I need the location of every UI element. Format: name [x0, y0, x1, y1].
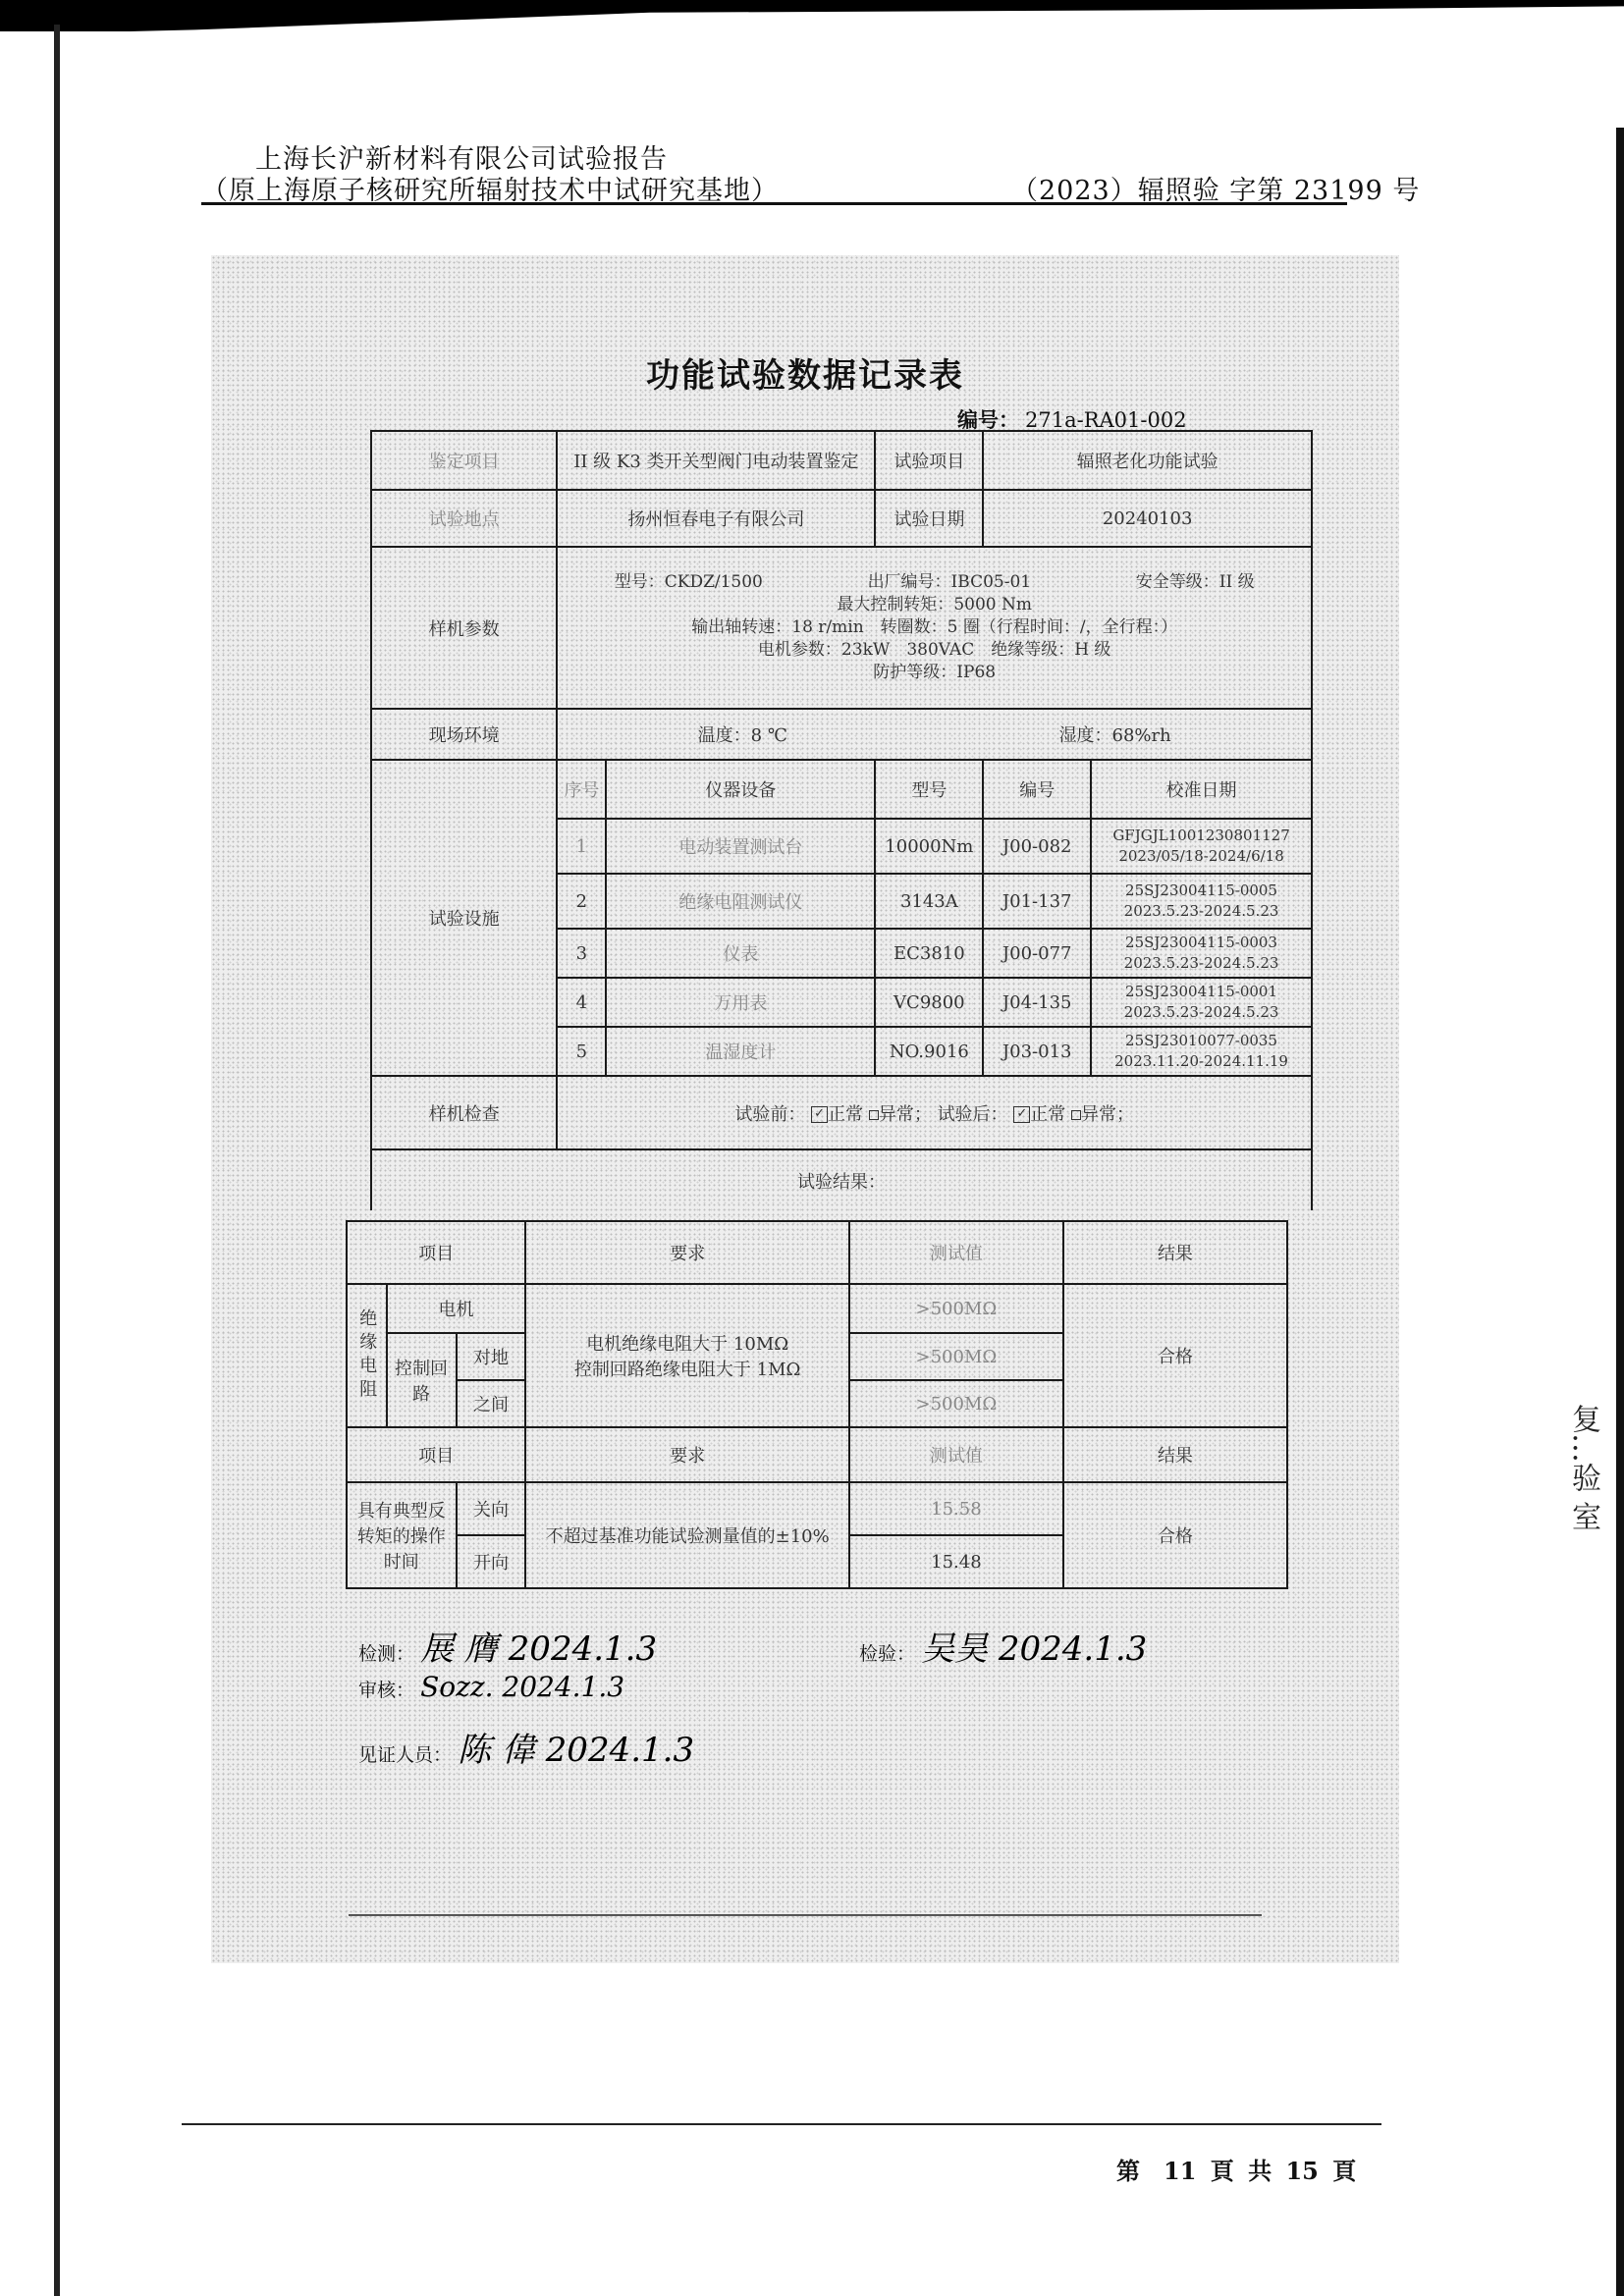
- timing-value-close: 15.58: [849, 1482, 1063, 1535]
- equip-cal: 25SJ23010077-00352023.11.20-2024.11.19: [1091, 1027, 1312, 1076]
- param-max-torque: 最大控制转矩：5000 Nm: [562, 594, 1307, 616]
- before-abnormal-label: 异常；: [879, 1104, 932, 1125]
- witness-handwriting: 陈 偉 2024.1.3: [458, 1731, 694, 1770]
- equip-name: 绝缘电阻测试仪: [606, 874, 875, 929]
- page-number: 第 11 頁 共 15 頁: [1116, 2152, 1356, 2186]
- header-divider: [201, 202, 1347, 205]
- insulation-value-ground: >500MΩ: [849, 1333, 1063, 1380]
- cal-cert: 25SJ23004115-0005: [1096, 881, 1307, 901]
- reviewer-signature: 审核： Sozz. 2024.1.3: [358, 1671, 624, 1703]
- test-info-table: 鉴定项目 II 级 K3 类开关型阀门电动装置鉴定 试验项目 辐照老化功能试验 …: [370, 430, 1313, 1210]
- param-serial: 出厂编号：IBC05-01: [868, 571, 1032, 594]
- equip-no: 3: [557, 929, 606, 978]
- equip-id: J03-013: [983, 1027, 1091, 1076]
- param-motor: 电机参数：23kW 380VAC 绝缘等级：H 级: [562, 639, 1307, 662]
- test-item-label: 试验项目: [875, 431, 983, 490]
- equip-model: VC9800: [875, 978, 983, 1027]
- req-line-1: 电机绝缘电阻大于 10MΩ: [530, 1330, 843, 1356]
- equip-no: 5: [557, 1027, 606, 1076]
- equip-name: 温湿度计: [606, 1027, 875, 1076]
- checkbox-after-normal[interactable]: ✓: [1013, 1106, 1030, 1123]
- equip-header-model: 型号: [875, 760, 983, 819]
- res2-header-req: 要求: [525, 1427, 848, 1482]
- equip-cal: 25SJ23004115-00012023.5.23-2024.5.23: [1091, 978, 1312, 1027]
- reviewer-label: 审核：: [358, 1680, 414, 1701]
- inspect-before-label: 试验前：: [734, 1104, 805, 1125]
- equip-header-no: 序号: [557, 760, 606, 819]
- checkbox-before-normal[interactable]: ✓: [811, 1106, 828, 1123]
- equip-header-name: 仪器设备: [606, 760, 875, 819]
- cal-range: 2023/05/18-2024/6/18: [1096, 846, 1307, 867]
- inspect-after-label: 试验后：: [938, 1104, 1008, 1125]
- equip-name: 电动装置测试台: [606, 819, 875, 874]
- before-normal-label: 正常: [828, 1104, 863, 1125]
- equip-header-id: 编号: [983, 760, 1091, 819]
- res2-header-result: 结果: [1063, 1427, 1287, 1482]
- side-stamp-text: 复…验 室: [1583, 1404, 1612, 1531]
- footer-divider: [182, 2123, 1381, 2125]
- facility-label: 试验设施: [371, 760, 557, 1076]
- scan-shadow-right: [1616, 128, 1624, 2296]
- res-header-item: 项目: [347, 1221, 525, 1284]
- equip-model: EC3810: [875, 929, 983, 978]
- qual-item-label: 鉴定项目: [371, 431, 557, 490]
- equip-header-cal: 校准日期: [1091, 760, 1312, 819]
- insulation-control: 控制回路: [387, 1333, 457, 1427]
- timing-result: 合格: [1063, 1482, 1287, 1588]
- timing-close: 关向: [457, 1482, 526, 1535]
- insulation-requirement: 电机绝缘电阻大于 10MΩ 控制回路绝缘电阻大于 1MΩ: [525, 1284, 848, 1427]
- insulation-to-ground: 对地: [457, 1333, 526, 1380]
- date-label: 试验日期: [875, 490, 983, 547]
- timing-group: 具有典型反转矩的操作时间: [347, 1482, 457, 1588]
- inspect-label: 样机检查: [371, 1076, 557, 1149]
- witness-signature: 见证人员： 陈 偉 2024.1.3: [358, 1723, 694, 1771]
- equip-model: 3143A: [875, 874, 983, 929]
- res-header-value: 测试值: [849, 1221, 1063, 1284]
- cal-cert: 25SJ23004115-0003: [1096, 933, 1307, 953]
- param-output: 输出轴转速：18 r/min 转圈数：5 圈（行程时间：/，全行程：）: [562, 616, 1307, 639]
- checker-signature: 检验： 吴昊 2024.1.3: [859, 1622, 1147, 1670]
- equip-name: 万用表: [606, 978, 875, 1027]
- param-protection: 防护等级：IP68: [562, 662, 1307, 684]
- reviewer-handwriting: Sozz. 2024.1.3: [420, 1671, 624, 1703]
- env-values: 温度：8 ℃ 湿度：68%rh: [557, 709, 1312, 760]
- date-value: 20240103: [983, 490, 1312, 547]
- form-number-value: 271a-RA01-002: [1025, 408, 1187, 432]
- param-model: 型号：CKDZ/1500: [615, 571, 763, 594]
- scan-shadow-top: [0, 0, 1624, 31]
- tester-handwriting: 展 膺 2024.1.3: [420, 1629, 657, 1669]
- insulation-motor: 电机: [387, 1284, 526, 1333]
- inspect-checks: 试验前： ✓正常 异常； 试验后： ✓正常 异常；: [557, 1076, 1312, 1149]
- res-header-result: 结果: [1063, 1221, 1287, 1284]
- timing-requirement: 不超过基准功能试验测量值的±10%: [525, 1482, 848, 1588]
- cal-range: 2023.5.23-2024.5.23: [1096, 1002, 1307, 1023]
- equip-no: 4: [557, 978, 606, 1027]
- temperature: 温度：8 ℃: [698, 721, 787, 747]
- results-table: 项目 要求 测试值 结果 绝缘电阻 电机 电机绝缘电阻大于 10MΩ 控制回路绝…: [346, 1220, 1288, 1589]
- equip-id: J00-077: [983, 929, 1091, 978]
- cal-cert: 25SJ23004115-0001: [1096, 982, 1307, 1002]
- humidity: 湿度：68%rh: [1059, 721, 1171, 747]
- insulation-result: 合格: [1063, 1284, 1287, 1427]
- checkbox-after-abnormal[interactable]: [1071, 1110, 1081, 1120]
- res2-header-value: 测试值: [849, 1427, 1063, 1482]
- insulation-value-motor: >500MΩ: [849, 1284, 1063, 1333]
- site-value: 扬州恒春电子有限公司: [557, 490, 875, 547]
- insulation-between: 之间: [457, 1380, 526, 1427]
- cal-cert: 25SJ23010077-0035: [1096, 1031, 1307, 1051]
- timing-value-open: 15.48: [849, 1535, 1063, 1588]
- req-line-2: 控制回路绝缘电阻大于 1MΩ: [530, 1356, 843, 1381]
- results-label: 试验结果：: [371, 1149, 1312, 1210]
- checker-handwriting: 吴昊 2024.1.3: [921, 1629, 1147, 1669]
- cal-range: 2023.11.20-2024.11.19: [1096, 1051, 1307, 1072]
- tester-label: 检测：: [358, 1643, 414, 1665]
- equip-no: 2: [557, 874, 606, 929]
- res-header-req: 要求: [525, 1221, 848, 1284]
- form-bottom-line: [349, 1914, 1262, 1916]
- after-normal-label: 正常: [1030, 1104, 1065, 1125]
- checkbox-before-abnormal[interactable]: [869, 1110, 879, 1120]
- equip-id: J01-137: [983, 874, 1091, 929]
- equip-no: 1: [557, 819, 606, 874]
- after-abnormal-label: 异常；: [1081, 1104, 1134, 1125]
- equip-id: J04-135: [983, 978, 1091, 1027]
- cal-cert: GFJGJL1001230801127: [1096, 826, 1307, 846]
- tester-signature: 检测： 展 膺 2024.1.3: [358, 1622, 657, 1670]
- qual-item-value: II 级 K3 类开关型阀门电动装置鉴定: [557, 431, 875, 490]
- witness-label: 见证人员：: [358, 1744, 452, 1766]
- equip-name: 仪表: [606, 929, 875, 978]
- params-block: 型号：CKDZ/1500 出厂编号：IBC05-01 安全等级：II 级 最大控…: [557, 547, 1312, 709]
- equip-cal: 25SJ23004115-00032023.5.23-2024.5.23: [1091, 929, 1312, 978]
- equip-model: NO.9016: [875, 1027, 983, 1076]
- equip-cal: GFJGJL10012308011272023/05/18-2024/6/18: [1091, 819, 1312, 874]
- cal-range: 2023.5.23-2024.5.23: [1096, 901, 1307, 922]
- form-title: 功能试验数据记录表: [211, 348, 1399, 397]
- insulation-value-between: >500MΩ: [849, 1380, 1063, 1427]
- test-item-value: 辐照老化功能试验: [983, 431, 1312, 490]
- form-number-label: 编号：: [957, 407, 1019, 432]
- timing-open: 开向: [457, 1535, 526, 1588]
- insulation-group: 绝缘电阻: [347, 1284, 387, 1427]
- res2-header-item: 项目: [347, 1427, 525, 1482]
- equip-model: 10000Nm: [875, 819, 983, 874]
- checker-label: 检验：: [859, 1643, 915, 1665]
- param-safety: 安全等级：II 级: [1136, 571, 1255, 594]
- equip-id: J00-082: [983, 819, 1091, 874]
- scanned-form: 功能试验数据记录表 编号：271a-RA01-002 鉴定项目 II 级 K3 …: [211, 255, 1399, 1963]
- params-label: 样机参数: [371, 547, 557, 709]
- env-label: 现场环境: [371, 709, 557, 760]
- equip-cal: 25SJ23004115-00052023.5.23-2024.5.23: [1091, 874, 1312, 929]
- cal-range: 2023.5.23-2024.5.23: [1096, 953, 1307, 974]
- site-label: 试验地点: [371, 490, 557, 547]
- scan-shadow-left: [54, 25, 60, 2296]
